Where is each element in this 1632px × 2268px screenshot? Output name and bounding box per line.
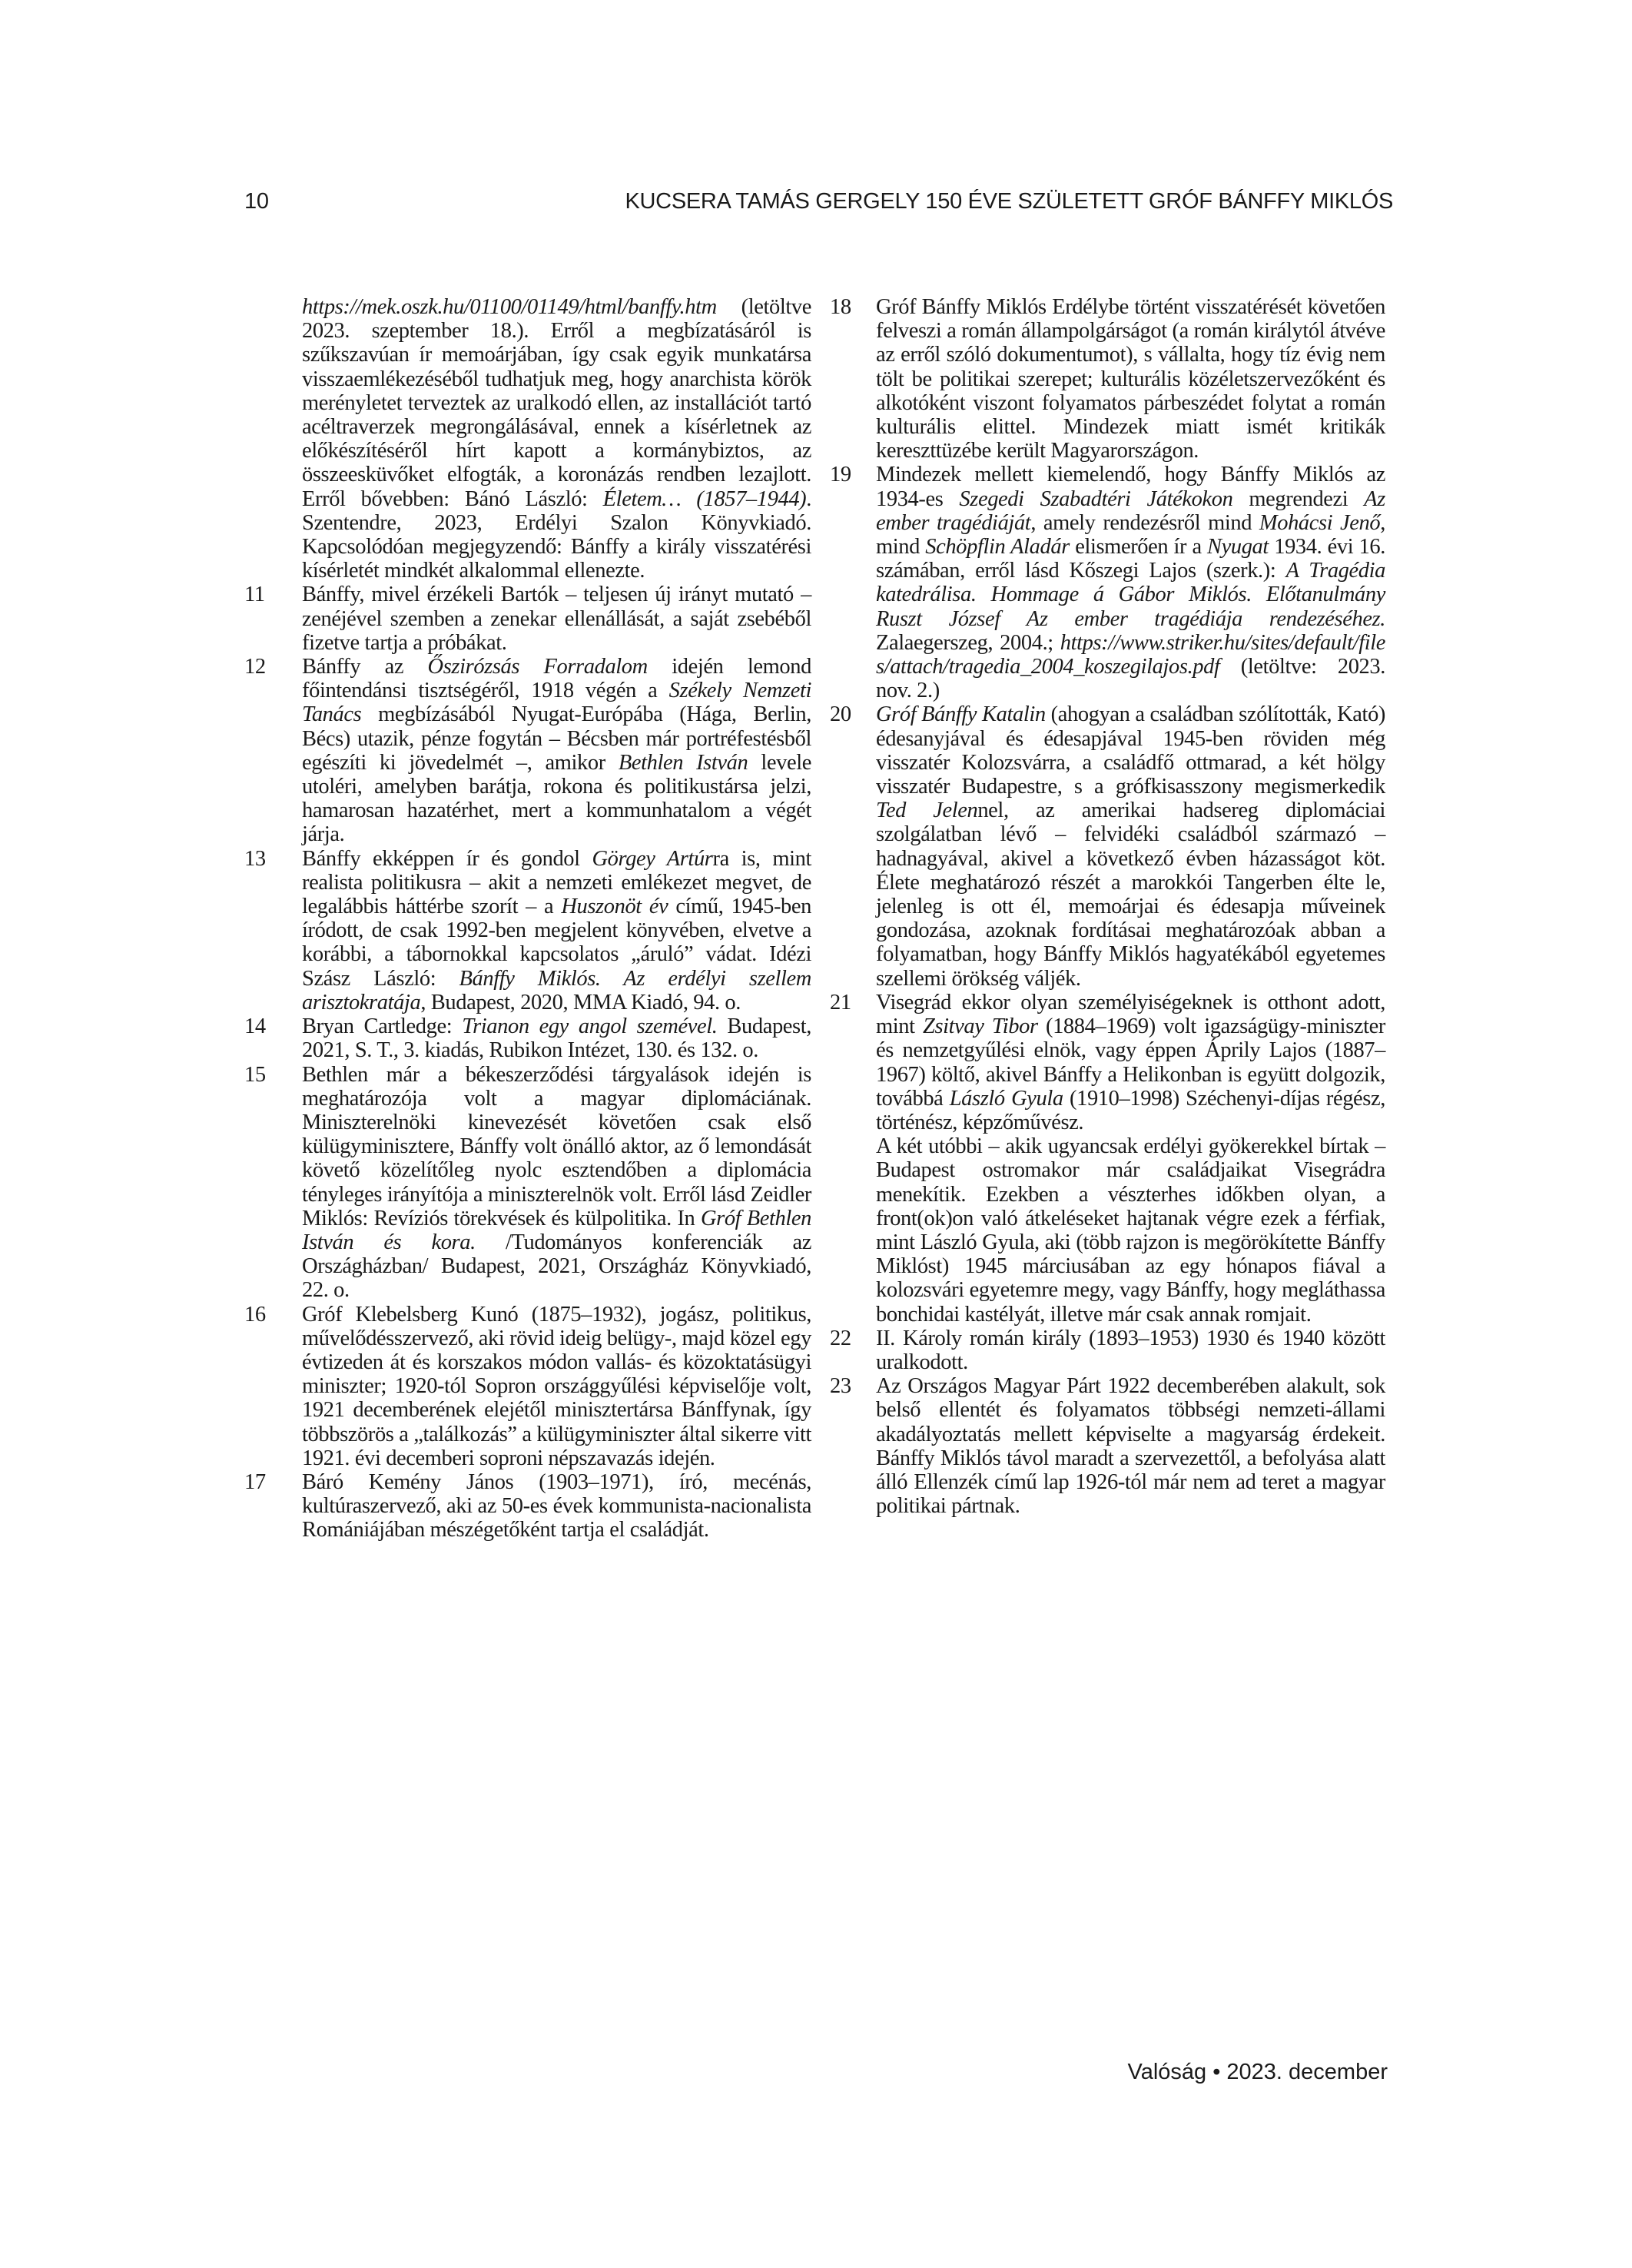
footnote-number: 19 (830, 463, 861, 486)
footnote-20: 20 Gróf Bánffy Katalin (ahogyan a család… (830, 702, 1385, 990)
emphasis: László Gyula (950, 1087, 1063, 1111)
footnote-text: Bánffy az (302, 655, 428, 679)
emphasis: Gróf Bánffy Katalin (876, 702, 1046, 726)
running-title: KUCSERA TAMÁS GERGELY 150 ÉVE SZÜLETETT … (625, 189, 1394, 214)
emphasis: Zsitvay Tibor (923, 1014, 1038, 1038)
footnote-text: Bethlen már a békeszerződési tárgyalások… (302, 1063, 811, 1230)
footnote-number: 18 (830, 295, 861, 319)
footnote-text: Gróf Klebelsberg Kunó (1875–1932), jogás… (302, 1303, 811, 1470)
footnote-text: Bánffy, mivel érzékeli Bartók – teljesen… (302, 583, 811, 655)
footnote-link[interactable]: https://mek.oszk.hu/01100/01149/html/ban… (302, 295, 717, 319)
footnote-21: 21 Visegrád ekkor olyan személyiségeknek… (830, 991, 1385, 1327)
emphasis: Őszirózsás Forradalom (428, 655, 648, 679)
footnote-number: 23 (830, 1374, 861, 1398)
footnote-22: 22 II. Károly román király (1893–1953) 1… (830, 1327, 1385, 1374)
footnote-text: (letöltve 2023. szeptember 18.). Erről a… (302, 295, 811, 511)
page-footer: Valóság • 2023. december (1128, 2060, 1388, 2085)
footnote-number: 20 (830, 702, 861, 726)
footnote-18: 18 Gróf Bánffy Miklós Erdélybe történt v… (830, 295, 1385, 463)
footnote-text: A két utóbbi – akik ugyancsak erdélyi gy… (876, 1134, 1385, 1327)
book-title: Életem… (1857–1944) (603, 487, 807, 511)
footnote-text: Bánffy ekképpen ír és gondol (302, 847, 592, 871)
emphasis: Ted Jelen (876, 799, 977, 822)
footnote-number: 17 (244, 1470, 275, 1494)
footnote-19: 19 Mindezek mellett kiemelendő, hogy Bán… (830, 463, 1385, 702)
footnote-13: 13 Bánffy ekképpen ír és gondol Görgey A… (244, 847, 811, 1014)
emphasis: Nyugat (1207, 535, 1269, 559)
footnote-23: 23 Az Országos Magyar Párt 1922 december… (830, 1374, 1385, 1518)
footnote-text: nel, az amerikai hadsereg diplomáciai sz… (876, 799, 1385, 990)
footnote-15: 15 Bethlen már a békeszerződési tárgyalá… (244, 1063, 811, 1303)
emphasis: Bethlen István (619, 751, 748, 775)
footnote-text: elismerően ír a (1070, 535, 1207, 559)
footnote-12: 12 Bánffy az Őszirózsás Forradalom idejé… (244, 655, 811, 847)
footnote-text: Az Országos Magyar Párt 1922 decemberébe… (876, 1374, 1385, 1518)
page-number: 10 (244, 189, 269, 214)
footnote-number: 15 (244, 1063, 275, 1087)
footnote-number: 16 (244, 1303, 275, 1327)
footnote-text: Bryan Cartledge: (302, 1014, 462, 1038)
footnotes-column-left: https://mek.oszk.hu/01100/01149/html/ban… (244, 295, 811, 1542)
footnote-number: 12 (244, 655, 275, 679)
footnote-16: 16 Gróf Klebelsberg Kunó (1875–1932), jo… (244, 1303, 811, 1470)
footnote-text: Zalaegerszeg, 2004.; (876, 631, 1060, 655)
footnote-text: Gróf Bánffy Miklós Erdélybe történt viss… (876, 295, 1385, 463)
book-title: Huszonöt év (561, 895, 668, 918)
footnote-14: 14 Bryan Cartledge: Trianon egy angol sz… (244, 1014, 811, 1062)
footnote-text: Báró Kemény János (1903–1971), író, mecé… (302, 1470, 811, 1542)
footnote-number: 14 (244, 1014, 275, 1038)
emphasis: Szegedi Szabadtéri Játékokon (959, 487, 1232, 511)
footnote-number: 22 (830, 1327, 861, 1350)
footnote-10-continued: https://mek.oszk.hu/01100/01149/html/ban… (244, 295, 811, 583)
emphasis: Schöpflin Aladár (925, 535, 1070, 559)
emphasis: Görgey Artúr (592, 847, 712, 871)
footnote-text: II. Károly román király (1893–1953) 1930… (876, 1327, 1385, 1374)
footnote-17: 17 Báró Kemény János (1903–1971), író, m… (244, 1470, 811, 1542)
footnote-number: 13 (244, 847, 275, 871)
footnote-number: 21 (830, 991, 861, 1014)
emphasis: Mohácsi Jenő (1259, 511, 1380, 535)
footnote-text: megrendezi (1232, 487, 1364, 511)
page-header: 10 KUCSERA TAMÁS GERGELY 150 ÉVE SZÜLETE… (244, 189, 1393, 220)
footnote-text: , Budapest, 2020, MMA Kiadó, 94. o. (420, 991, 741, 1014)
footnote-text: , amely rendezésről mind (1030, 511, 1259, 535)
footnotes-column-right: 18 Gróf Bánffy Miklós Erdélybe történt v… (830, 295, 1385, 1518)
book-title: Trianon egy angol szemével. (462, 1014, 717, 1038)
footnote-11: 11 Bánffy, mivel érzékeli Bartók – telje… (244, 583, 811, 655)
footnote-number: 11 (244, 583, 275, 606)
